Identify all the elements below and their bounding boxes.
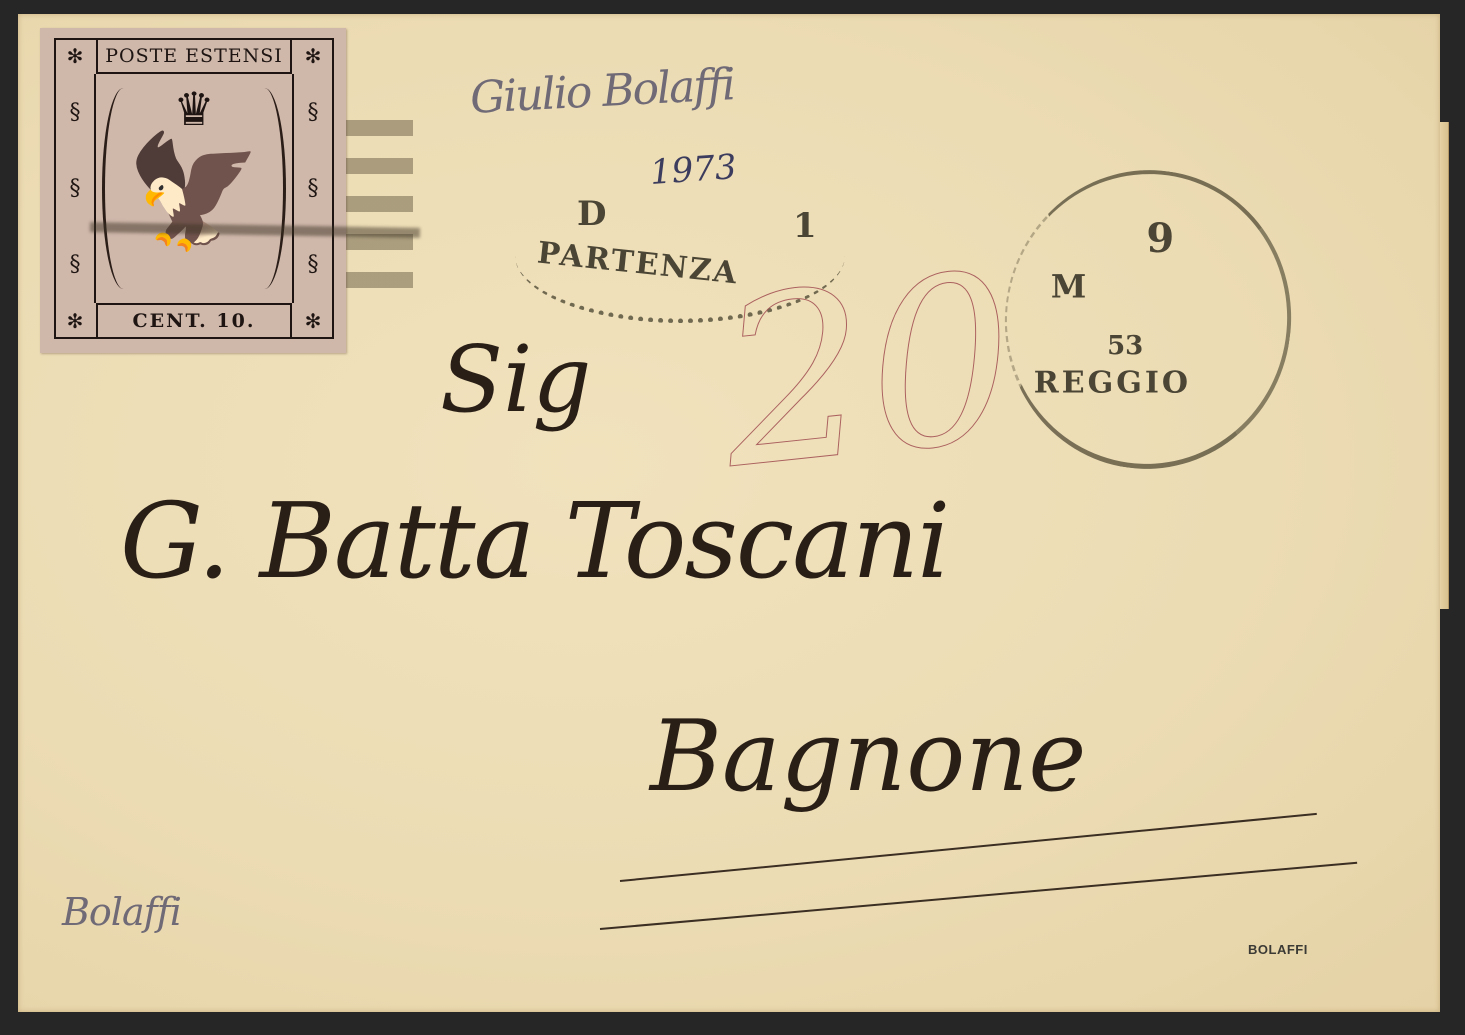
postage-stamp: ✻ ✻ ✻ ✻ POSTE ESTENSI § § § § § § ♛ 🦅 CE…: [40, 28, 346, 353]
stamp-title: POSTE ESTENSI: [96, 40, 292, 74]
scroll-ornament-icon: §: [70, 252, 81, 277]
envelope-flap-edge: [1440, 122, 1449, 609]
stamp-denomination: CENT. 10.: [96, 303, 292, 337]
postmark-month: M: [1051, 267, 1096, 305]
postmark-year: 53: [1107, 331, 1143, 361]
scroll-ornament-icon: §: [308, 100, 319, 125]
expert-signature-bottom: Bolaffi: [62, 890, 181, 934]
address-town: Bagnone: [650, 700, 1086, 814]
corner-ornament-icon: ✻: [56, 305, 94, 337]
stamp-side-scroll-left: § § §: [56, 74, 96, 303]
postmark-letter: D: [577, 194, 606, 234]
stamp-frame: ✻ ✻ ✻ ✻ POSTE ESTENSI § § § § § § ♛ 🦅 CE…: [54, 38, 334, 339]
postmark-town: REGGIO: [1034, 366, 1191, 401]
stamp-emblem: ♛ 🦅: [96, 74, 292, 303]
scroll-ornament-icon: §: [308, 176, 319, 201]
postage-due-marking: 20: [711, 243, 1026, 502]
postmark-number: 1: [793, 206, 817, 246]
stamp-side-scroll-right: § § §: [292, 74, 332, 303]
scroll-ornament-icon: §: [70, 176, 81, 201]
address-name: G. Batta Toscani: [120, 480, 948, 602]
expert-handstamp: BOLAFFI: [1248, 942, 1308, 957]
address-salutation: Sig: [440, 326, 591, 433]
corner-ornament-icon: ✻: [56, 40, 94, 72]
scroll-ornament-icon: §: [308, 252, 319, 277]
grid-cancellation: [343, 98, 413, 298]
postmark-day: 9: [1146, 215, 1174, 262]
corner-ornament-icon: ✻: [294, 305, 332, 337]
catalog-number: 1973: [649, 147, 738, 193]
scroll-ornament-icon: §: [70, 100, 81, 125]
corner-ornament-icon: ✻: [294, 40, 332, 72]
